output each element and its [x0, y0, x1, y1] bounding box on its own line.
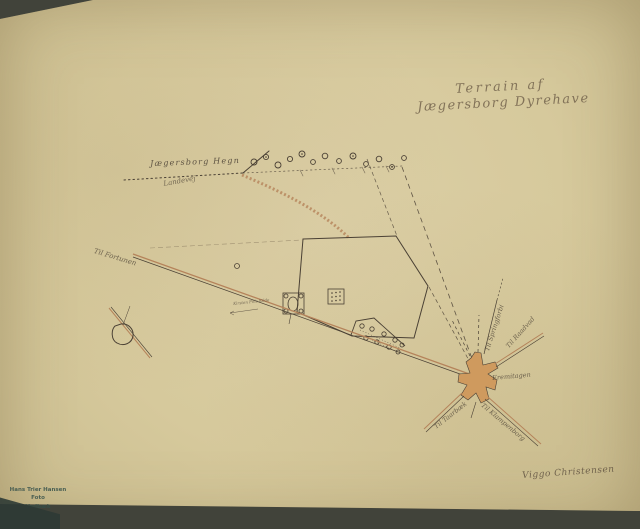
main-road	[133, 254, 475, 379]
stamp-line1: Hans Trier Hansen	[6, 486, 70, 494]
scanned-map-page: Terrain af Jægersborg Dyrehave Jægersbor…	[0, 0, 640, 529]
curved-path	[242, 175, 349, 238]
branch-road	[109, 307, 152, 358]
stamp-line2: Foto	[6, 494, 70, 502]
spring-arrow	[230, 309, 258, 315]
lone-tree	[235, 264, 240, 269]
dashed-boundaries	[367, 159, 474, 366]
faint-track	[150, 240, 302, 248]
monument-square	[328, 289, 344, 304]
